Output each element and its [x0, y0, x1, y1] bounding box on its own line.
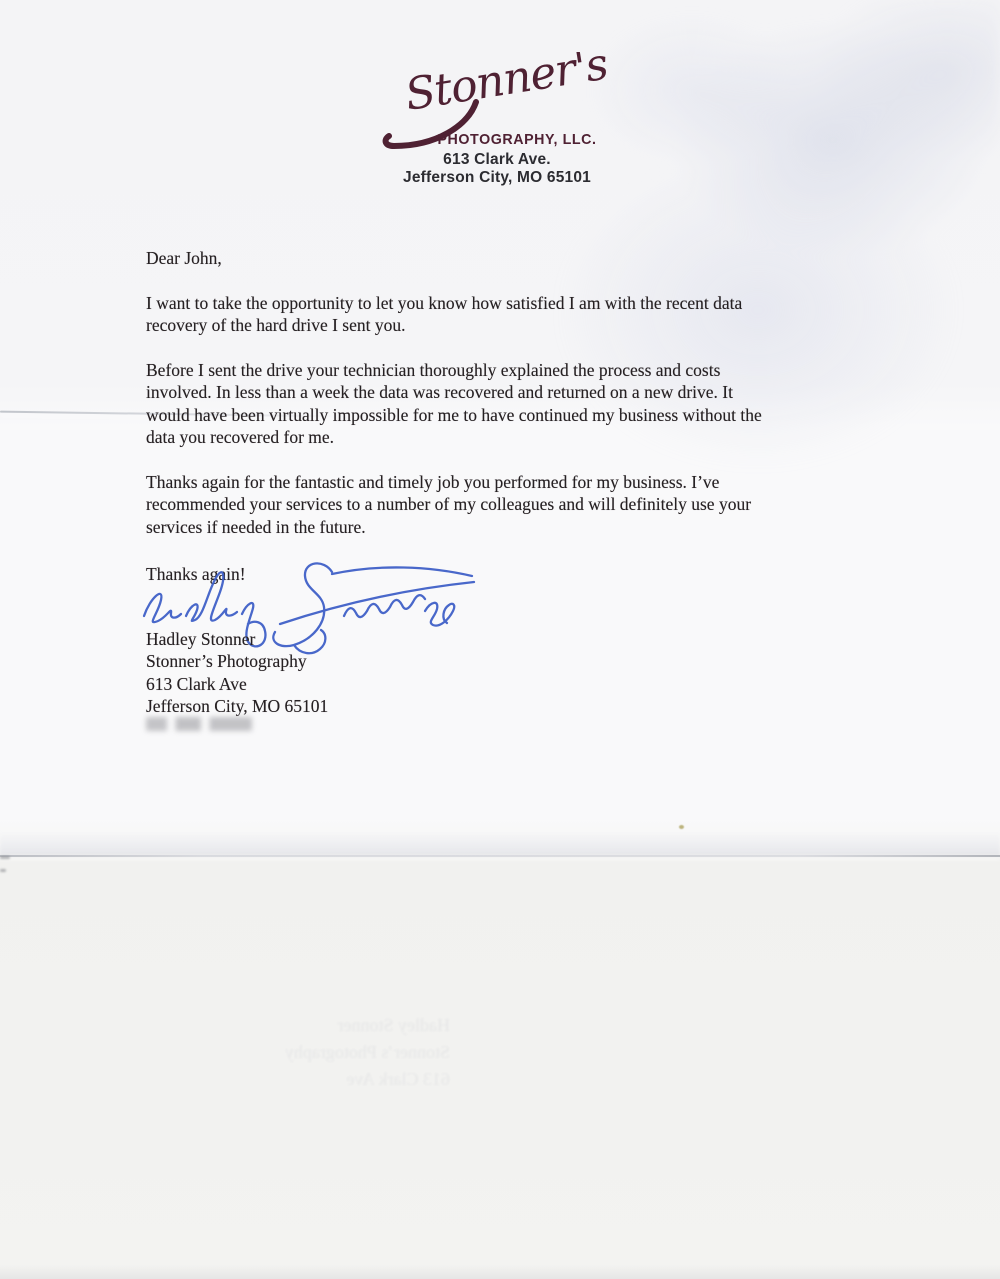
signer-company: Stonner’s Photography [146, 650, 328, 672]
paragraph-2: Before I sent the drive your technician … [146, 359, 866, 449]
letterhead-address-line1: 613 Clark Ave. [347, 151, 647, 169]
scan-bottom-shadow [0, 1265, 1000, 1279]
letterhead-address-line2: Jefferson City, MO 65101 [347, 169, 647, 187]
signer-block: Hadley Stonner Stonner’s Photography 613… [146, 628, 328, 718]
paragraph-line: recommended your services to a number of… [146, 493, 866, 515]
paragraph-line: would have been virtually impossible for… [146, 404, 866, 426]
ghost-line: Hadley Stonner [130, 1012, 450, 1039]
scanned-letter-page: Stonner's PHOTOGRAPHY, LLC. 613 Clark Av… [0, 0, 1000, 1279]
paper-edge-nick [0, 869, 6, 872]
ghost-line: Stonner’s Photography [130, 1039, 450, 1066]
paragraph-1: I want to take the opportunity to let yo… [146, 292, 866, 337]
paragraph-line: Thanks again for the fantastic and timel… [146, 471, 866, 493]
paper-edge-nick [0, 856, 10, 859]
paragraph-line: recovery of the hard drive I sent you. [146, 314, 866, 336]
paragraph-line: data you recovered for me. [146, 426, 866, 448]
paper-speck [679, 825, 684, 829]
paragraph-line: I want to take the opportunity to let yo… [146, 292, 866, 314]
letter-body: Dear John, I want to take the opportunit… [146, 247, 866, 586]
signer-name: Hadley Stonner [146, 628, 328, 650]
paragraph-3: Thanks again for the fantastic and timel… [146, 471, 866, 538]
redacted-phone-number [146, 717, 252, 731]
signer-address-line1: 613 Clark Ave [146, 673, 328, 695]
ghost-line: 613 Clark Ave [130, 1066, 450, 1093]
paper-fold-crease-lower [0, 855, 1000, 857]
brand-subtitle: PHOTOGRAPHY, LLC. [375, 131, 660, 148]
salutation: Dear John, [146, 247, 866, 269]
paragraph-line: Before I sent the drive your technician … [146, 359, 866, 381]
signer-address-line2: Jefferson City, MO 65101 [146, 695, 328, 717]
brand-script-text: Stonner's [402, 52, 612, 121]
fold-shadow-band [0, 832, 1000, 856]
paragraph-line: services if needed in the future. [146, 516, 866, 538]
paragraph-line: involved. In less than a week the data w… [146, 381, 866, 403]
bleed-through-ghost-text: Hadley Stonner Stonner’s Photography 613… [130, 1012, 450, 1093]
